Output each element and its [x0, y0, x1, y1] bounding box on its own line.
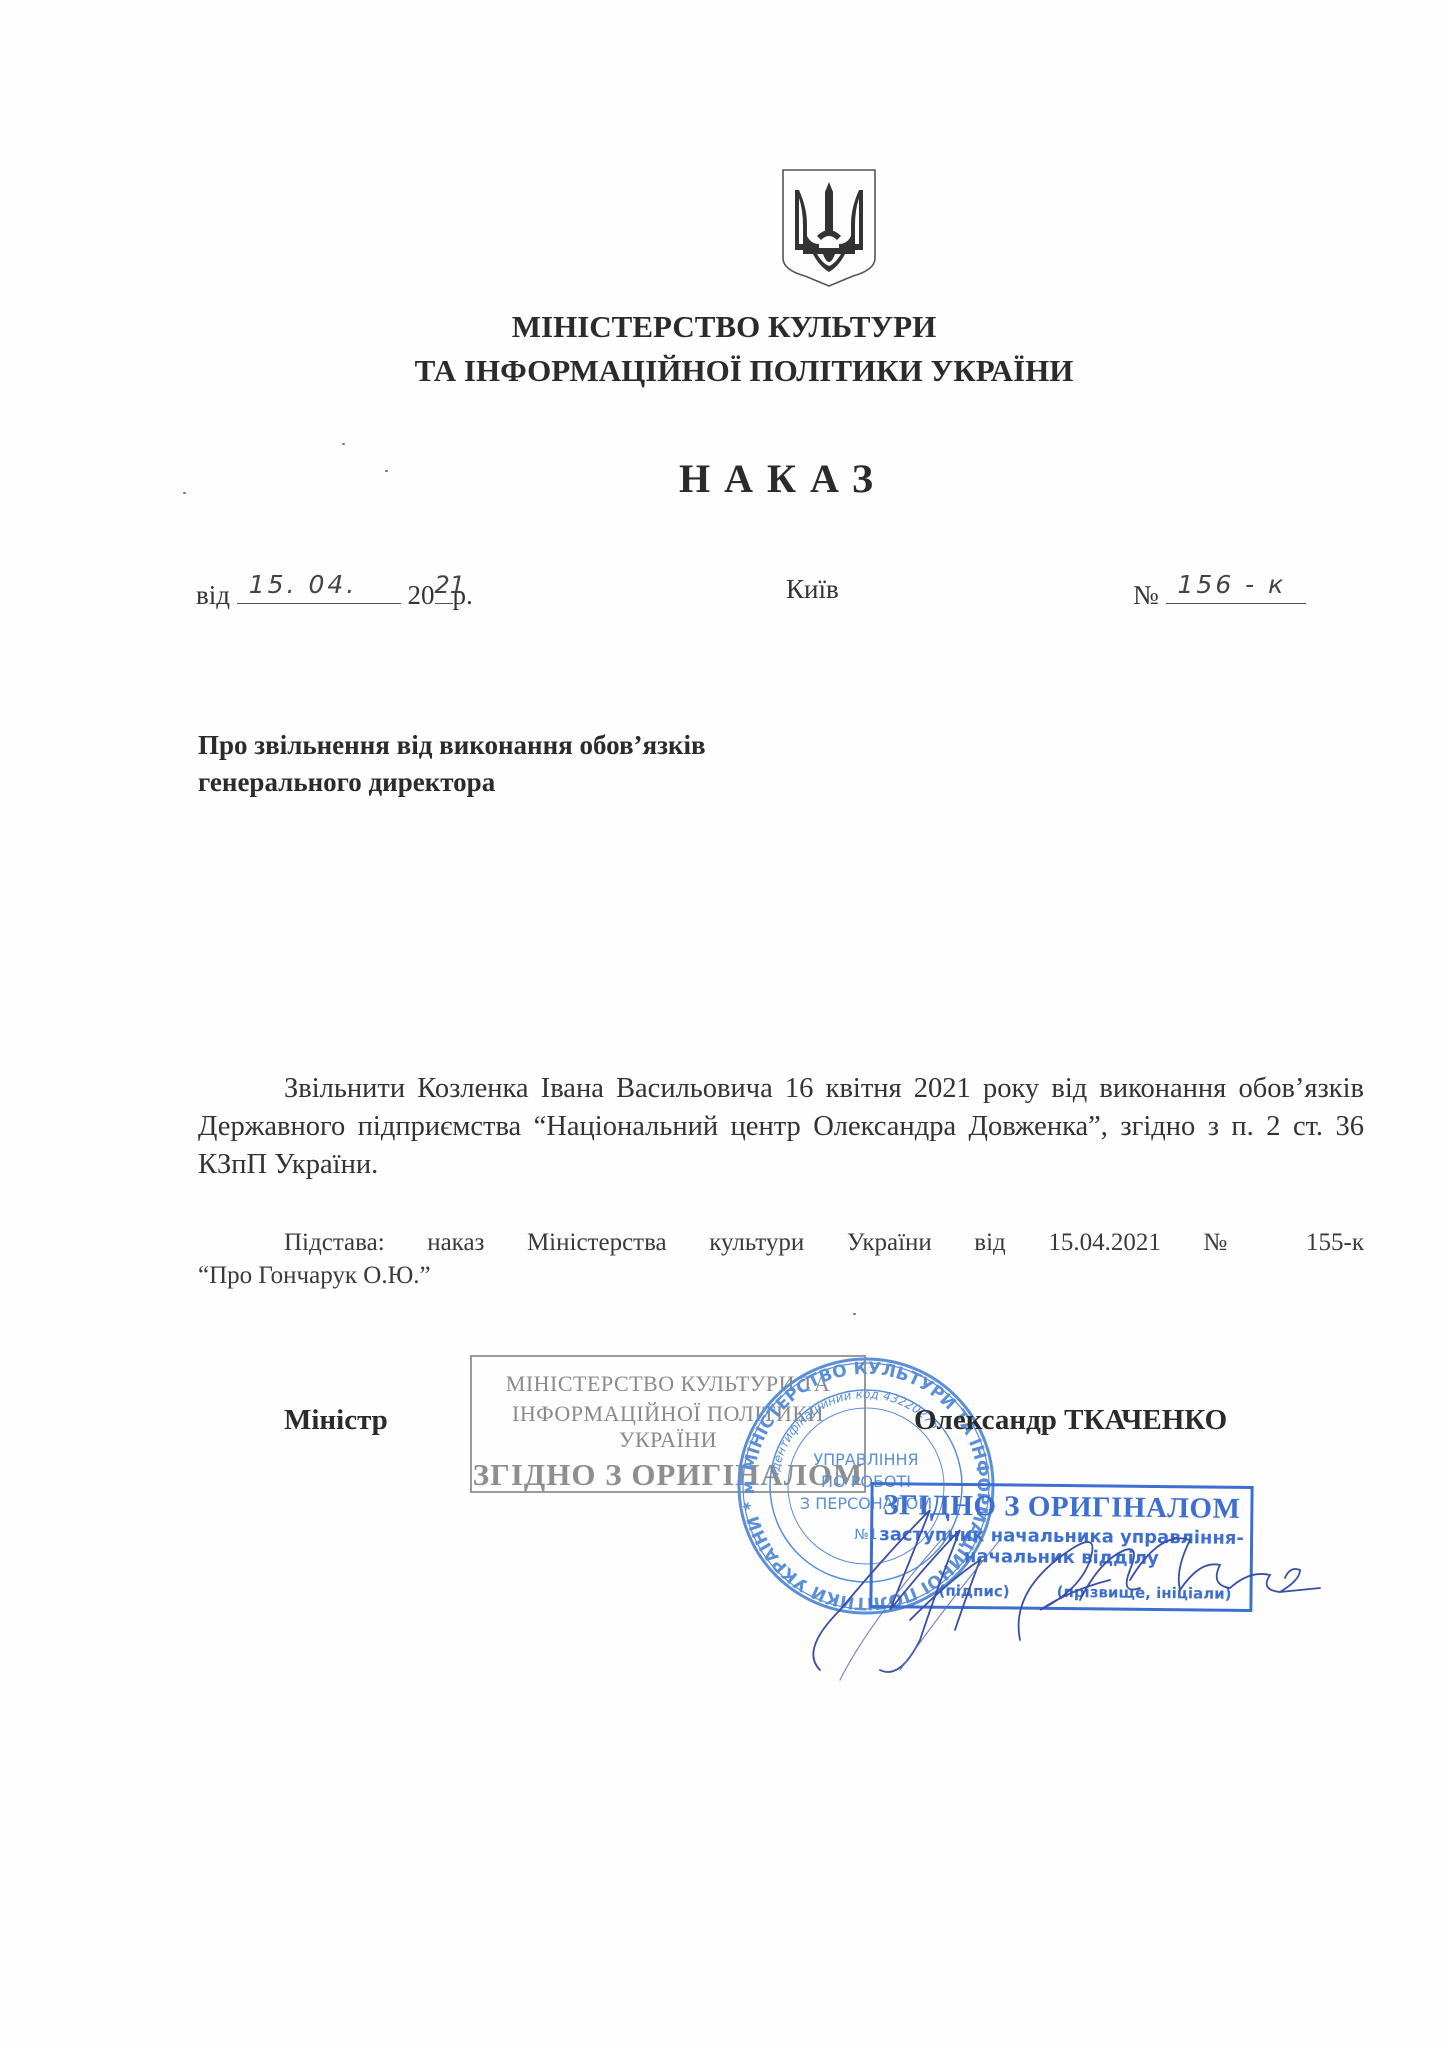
svg-text:УПРАВЛІННЯ: УПРАВЛІННЯ [813, 1450, 918, 1469]
scan-speck [853, 1313, 856, 1315]
date-handwritten: 15. 04. [249, 570, 357, 599]
year-printed: 20 [408, 580, 435, 610]
order-basis: Підстава: наказ Міністерства культури Ук… [198, 1226, 1364, 1292]
document-type-title: НАКАЗ [0, 455, 1448, 502]
year-field: 21 [435, 574, 453, 604]
blue-stamp-captions: (підпис) (прізвище, ініціали) [872, 1581, 1249, 1603]
ministry-line-1: МІНІСТЕРСТВО КУЛЬТУРИ [0, 305, 1448, 349]
body-paragraph: Звільнити Козленка Івана Васильовича 16 … [198, 1070, 1364, 1184]
number-prefix: № [1133, 580, 1159, 610]
number-field: 156 - к [1166, 574, 1306, 604]
date-field: 15. 04. [237, 574, 401, 604]
signatory-role: Міністр [284, 1404, 388, 1437]
trident-emblem-icon [773, 162, 885, 292]
order-subject: Про звільнення від виконання обов’язків … [198, 727, 706, 801]
blue-stamp-title: ЗГІДНО З ОРИГІНАЛОМ [873, 1489, 1250, 1526]
order-number: № 156 - к [1133, 574, 1306, 611]
year-handwritten: 21 [435, 571, 466, 599]
order-city: Київ [786, 574, 839, 605]
scan-speck [385, 470, 388, 472]
caption-signature: (підпис) [938, 1582, 1009, 1601]
scan-speck [342, 443, 345, 445]
document-page: МІНІСТЕРСТВО КУЛЬТУРИ ТА ІНФОРМАЦІЙНОЇ П… [0, 0, 1448, 2048]
date-prefix: від [196, 580, 230, 610]
order-date: від 15. 04. 2021р. [196, 574, 473, 611]
basis-line-2: “Про Гончарук О.Ю.” [198, 1262, 431, 1289]
scan-speck [183, 492, 186, 494]
order-body: Звільнити Козленка Івана Васильовича 16 … [198, 1070, 1364, 1184]
signatory-name: Олександр ТКАЧЕНКО [914, 1404, 1227, 1437]
subject-line-2: генерального директора [198, 764, 706, 801]
caption-name: (прізвище, ініціали) [1057, 1583, 1232, 1603]
basis-line-1: Підстава: наказ Міністерства культури Ук… [198, 1226, 1364, 1259]
ministry-heading: МІНІСТЕРСТВО КУЛЬТУРИ ТА ІНФОРМАЦІЙНОЇ П… [0, 305, 1448, 393]
blue-stamp-position-line-2: начальник відділу [873, 1546, 1250, 1570]
subject-line-1: Про звільнення від виконання обов’язків [198, 727, 706, 764]
ministry-line-2: ТА ІНФОРМАЦІЙНОЇ ПОЛІТИКИ УКРАЇНИ [40, 349, 1448, 393]
number-handwritten: 156 - к [1178, 570, 1287, 599]
blue-certified-copy-stamp: ЗГІДНО З ОРИГІНАЛОМ заступник начальника… [869, 1482, 1253, 1612]
